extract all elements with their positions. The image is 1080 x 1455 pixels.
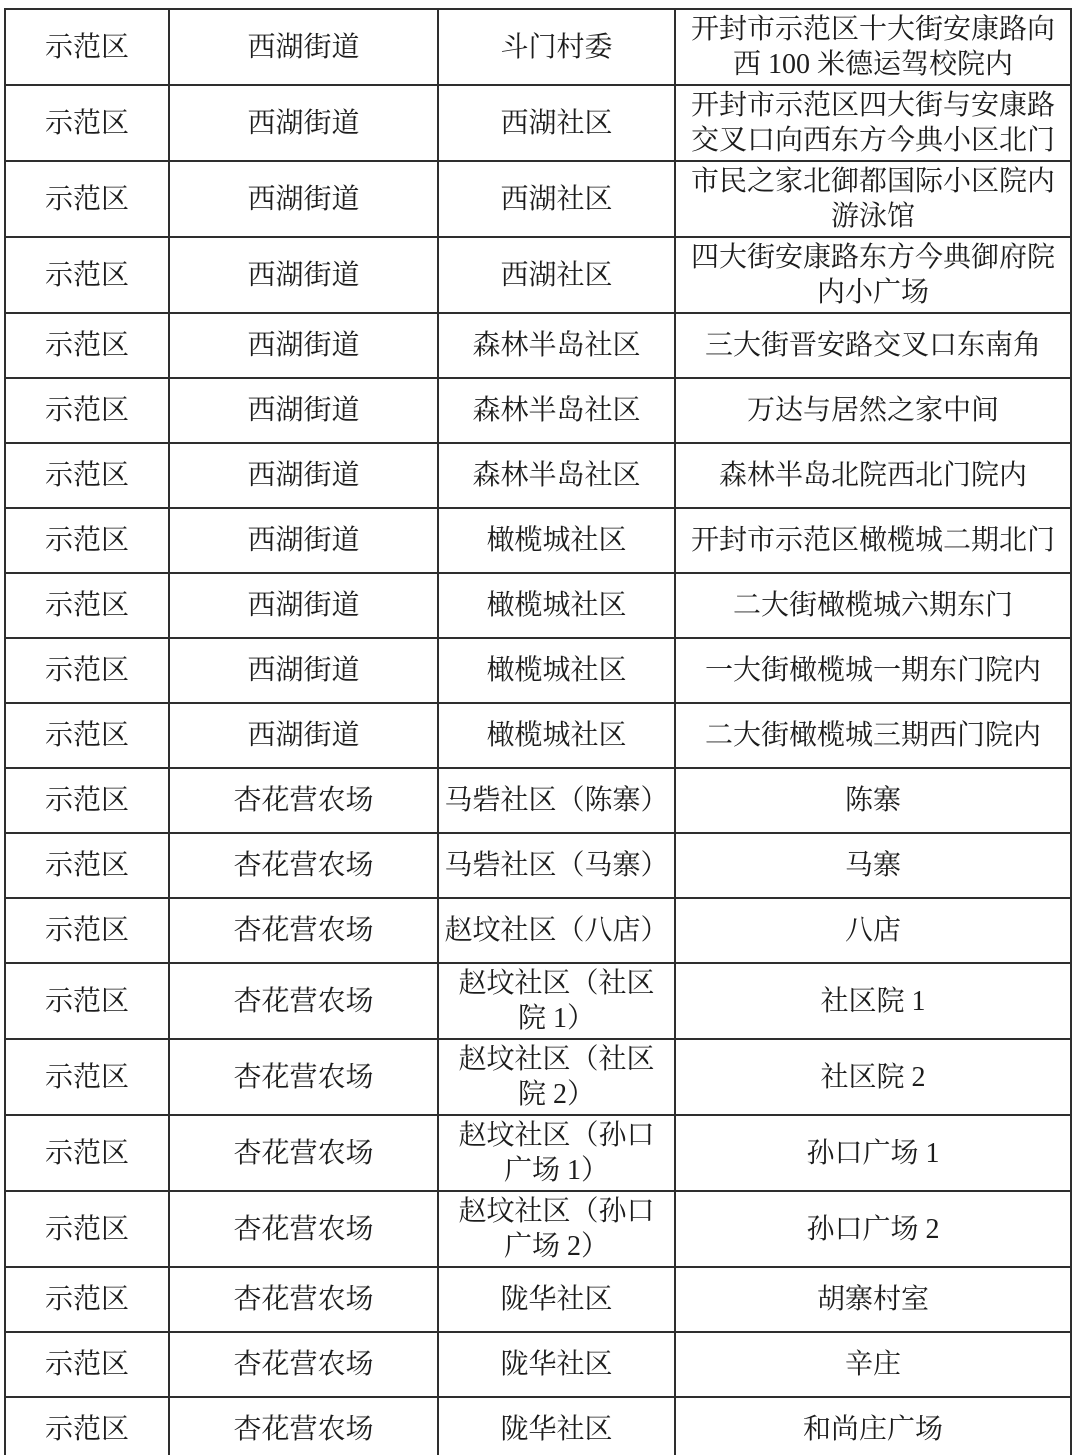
cell-district: 示范区: [5, 898, 169, 963]
cell-street: 西湖街道: [169, 573, 438, 638]
table-row: 示范区西湖街道橄榄城社区一大街橄榄城一期东门院内: [5, 638, 1071, 703]
cell-community: 赵坟社区（孙口 广场 2）: [438, 1191, 675, 1267]
cell-district: 示范区: [5, 638, 169, 703]
cell-location: 市民之家北御都国际小区院内 游泳馆: [675, 161, 1071, 237]
cell-community: 陇华社区: [438, 1267, 675, 1332]
cell-district: 示范区: [5, 833, 169, 898]
cell-location: 万达与居然之家中间: [675, 378, 1071, 443]
cell-community: 森林半岛社区: [438, 443, 675, 508]
cell-community: 橄榄城社区: [438, 703, 675, 768]
table-row: 示范区杏花营农场马砦社区（马寨）马寨: [5, 833, 1071, 898]
table-row: 示范区西湖街道森林半岛社区森林半岛北院西北门院内: [5, 443, 1071, 508]
table-row: 示范区西湖街道森林半岛社区万达与居然之家中间: [5, 378, 1071, 443]
cell-district: 示范区: [5, 768, 169, 833]
cell-street: 西湖街道: [169, 313, 438, 378]
cell-district: 示范区: [5, 85, 169, 161]
cell-street: 西湖街道: [169, 9, 438, 85]
cell-location: 孙口广场 1: [675, 1115, 1071, 1191]
table-row: 示范区杏花营农场赵坟社区（社区 院 2）社区院 2: [5, 1039, 1071, 1115]
cell-community: 西湖社区: [438, 161, 675, 237]
cell-street: 西湖街道: [169, 378, 438, 443]
cell-district: 示范区: [5, 963, 169, 1039]
poi-location-table: 示范区西湖街道斗门村委开封市示范区十大街安康路向 西 100 米德运驾校院内示范…: [4, 8, 1072, 1455]
cell-street: 杏花营农场: [169, 833, 438, 898]
cell-community: 赵坟社区（八店）: [438, 898, 675, 963]
table-row: 示范区杏花营农场马砦社区（陈寨）陈寨: [5, 768, 1071, 833]
cell-district: 示范区: [5, 1039, 169, 1115]
table-row: 示范区西湖街道橄榄城社区开封市示范区橄榄城二期北门: [5, 508, 1071, 573]
cell-district: 示范区: [5, 573, 169, 638]
cell-district: 示范区: [5, 313, 169, 378]
cell-street: 杏花营农场: [169, 963, 438, 1039]
cell-community: 橄榄城社区: [438, 508, 675, 573]
table-row: 示范区西湖街道橄榄城社区二大街橄榄城六期东门: [5, 573, 1071, 638]
cell-district: 示范区: [5, 237, 169, 313]
cell-district: 示范区: [5, 1267, 169, 1332]
table-row: 示范区杏花营农场赵坟社区（八店）八店: [5, 898, 1071, 963]
cell-community: 森林半岛社区: [438, 378, 675, 443]
cell-street: 杏花营农场: [169, 1115, 438, 1191]
cell-location: 胡寨村室: [675, 1267, 1071, 1332]
cell-location: 开封市示范区十大街安康路向 西 100 米德运驾校院内: [675, 9, 1071, 85]
table-row: 示范区杏花营农场陇华社区辛庄: [5, 1332, 1071, 1397]
table-row: 示范区西湖街道西湖社区四大街安康路东方今典御府院 内小广场: [5, 237, 1071, 313]
cell-location: 陈寨: [675, 768, 1071, 833]
cell-community: 西湖社区: [438, 85, 675, 161]
cell-district: 示范区: [5, 1332, 169, 1397]
cell-community: 橄榄城社区: [438, 573, 675, 638]
cell-location: 辛庄: [675, 1332, 1071, 1397]
cell-street: 西湖街道: [169, 161, 438, 237]
cell-street: 杏花营农场: [169, 1039, 438, 1115]
cell-street: 西湖街道: [169, 703, 438, 768]
cell-community: 赵坟社区（孙口 广场 1）: [438, 1115, 675, 1191]
cell-district: 示范区: [5, 1191, 169, 1267]
cell-location: 开封市示范区四大街与安康路 交叉口向西东方今典小区北门: [675, 85, 1071, 161]
table-row: 示范区杏花营农场赵坟社区（孙口 广场 1）孙口广场 1: [5, 1115, 1071, 1191]
cell-street: 西湖街道: [169, 508, 438, 573]
cell-street: 西湖街道: [169, 443, 438, 508]
cell-community: 西湖社区: [438, 237, 675, 313]
cell-district: 示范区: [5, 378, 169, 443]
cell-street: 杏花营农场: [169, 1397, 438, 1455]
table-row: 示范区杏花营农场陇华社区胡寨村室: [5, 1267, 1071, 1332]
cell-location: 开封市示范区橄榄城二期北门: [675, 508, 1071, 573]
cell-street: 杏花营农场: [169, 768, 438, 833]
cell-street: 杏花营农场: [169, 1191, 438, 1267]
cell-location: 社区院 1: [675, 963, 1071, 1039]
cell-district: 示范区: [5, 508, 169, 573]
cell-community: 斗门村委: [438, 9, 675, 85]
cell-community: 陇华社区: [438, 1332, 675, 1397]
cell-street: 杏花营农场: [169, 898, 438, 963]
cell-location: 森林半岛北院西北门院内: [675, 443, 1071, 508]
cell-location: 和尚庄广场: [675, 1397, 1071, 1455]
cell-district: 示范区: [5, 9, 169, 85]
cell-district: 示范区: [5, 1115, 169, 1191]
cell-community: 马砦社区（马寨）: [438, 833, 675, 898]
cell-street: 西湖街道: [169, 237, 438, 313]
cell-location: 二大街橄榄城三期西门院内: [675, 703, 1071, 768]
document-page: 示范区西湖街道斗门村委开封市示范区十大街安康路向 西 100 米德运驾校院内示范…: [0, 0, 1080, 1455]
cell-location: 八店: [675, 898, 1071, 963]
table-row: 示范区杏花营农场赵坟社区（孙口 广场 2）孙口广场 2: [5, 1191, 1071, 1267]
cell-location: 二大街橄榄城六期东门: [675, 573, 1071, 638]
table-row: 示范区西湖街道西湖社区开封市示范区四大街与安康路 交叉口向西东方今典小区北门: [5, 85, 1071, 161]
cell-community: 马砦社区（陈寨）: [438, 768, 675, 833]
cell-community: 橄榄城社区: [438, 638, 675, 703]
cell-street: 杏花营农场: [169, 1332, 438, 1397]
table-row: 示范区西湖街道西湖社区市民之家北御都国际小区院内 游泳馆: [5, 161, 1071, 237]
cell-district: 示范区: [5, 703, 169, 768]
cell-street: 杏花营农场: [169, 1267, 438, 1332]
cell-street: 西湖街道: [169, 638, 438, 703]
cell-street: 西湖街道: [169, 85, 438, 161]
cell-community: 森林半岛社区: [438, 313, 675, 378]
poi-table-body: 示范区西湖街道斗门村委开封市示范区十大街安康路向 西 100 米德运驾校院内示范…: [5, 9, 1071, 1455]
table-row: 示范区杏花营农场陇华社区和尚庄广场: [5, 1397, 1071, 1455]
cell-community: 赵坟社区（社区 院 2）: [438, 1039, 675, 1115]
table-row: 示范区西湖街道斗门村委开封市示范区十大街安康路向 西 100 米德运驾校院内: [5, 9, 1071, 85]
cell-district: 示范区: [5, 443, 169, 508]
table-row: 示范区西湖街道橄榄城社区二大街橄榄城三期西门院内: [5, 703, 1071, 768]
cell-location: 孙口广场 2: [675, 1191, 1071, 1267]
table-row: 示范区杏花营农场赵坟社区（社区 院 1）社区院 1: [5, 963, 1071, 1039]
cell-location: 三大街晋安路交叉口东南角: [675, 313, 1071, 378]
cell-location: 马寨: [675, 833, 1071, 898]
cell-location: 四大街安康路东方今典御府院 内小广场: [675, 237, 1071, 313]
table-row: 示范区西湖街道森林半岛社区三大街晋安路交叉口东南角: [5, 313, 1071, 378]
cell-community: 赵坟社区（社区 院 1）: [438, 963, 675, 1039]
cell-location: 一大街橄榄城一期东门院内: [675, 638, 1071, 703]
cell-location: 社区院 2: [675, 1039, 1071, 1115]
cell-community: 陇华社区: [438, 1397, 675, 1455]
cell-district: 示范区: [5, 1397, 169, 1455]
cell-district: 示范区: [5, 161, 169, 237]
